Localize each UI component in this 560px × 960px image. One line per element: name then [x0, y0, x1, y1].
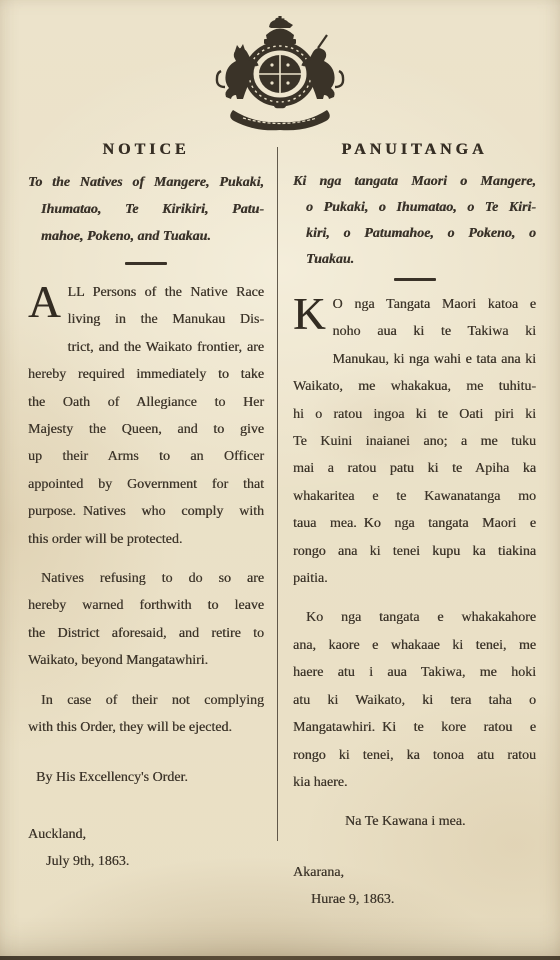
text-line: hereby required immediately to take — [28, 361, 264, 388]
text-line: Natives refusing to do so are — [28, 565, 264, 592]
paragraph-lines: LL Persons of the Native Raceliving in t… — [28, 279, 264, 553]
text-line: Mangatawhiri. Ki te kore ratou e — [293, 714, 536, 741]
text-line: kia haere. — [293, 769, 536, 796]
text-line: hi o ratou ingoa ki te Oati piri ki — [293, 401, 536, 428]
text-line: Ki nga tangata Maori o Mangere, — [293, 169, 536, 195]
text-line: In case of their not complying — [28, 687, 264, 714]
paragraph-english-1: A LL Persons of the Native Raceliving in… — [28, 279, 264, 553]
text-line: LL Persons of the Native Race — [28, 279, 264, 306]
text-line: kiri, o Patumahoe, o Pokeno, o — [293, 221, 536, 247]
drop-cap: K — [293, 294, 326, 347]
text-line: Manukau, ki nga wahi e tata ana ki — [293, 346, 536, 373]
text-line: Waikato, me whakakua, me tuhitu- — [293, 373, 536, 400]
text-line: with this Order, they will be ejected. — [28, 714, 264, 741]
text-line: up their Arms to an Officer — [28, 443, 264, 470]
coat-of-arms-graphic — [195, 12, 365, 134]
text-line: the District aforesaid, and retire to — [28, 620, 264, 647]
english-address: To the Natives of Mangere, Pukaki,Ihumat… — [28, 169, 264, 250]
maori-address: Ki nga tangata Maori o Mangere,o Pukaki,… — [293, 169, 536, 273]
paragraph-maori-2: Ko nga tangata e whakakahoreana, kaore e… — [293, 604, 536, 796]
royal-coat-of-arms — [195, 12, 365, 139]
text-line: Te Kuini inaianei ano; a me tuku — [293, 428, 536, 455]
text-line: To the Natives of Mangere, Pukaki, — [28, 169, 264, 196]
proclamation-page: NOTICE To the Natives of Mangere, Pukaki… — [0, 0, 560, 960]
maori-column: PANUITANGA Ki nga tangata Maori o Manger… — [293, 140, 536, 913]
panuitanga-heading: PANUITANGA — [293, 140, 536, 160]
text-line: purpose. Natives who comply with — [28, 498, 264, 525]
text-line: rongo ki tenei, ka tonoa atu ratou — [293, 742, 536, 769]
paragraph-english-3: In case of their not complyingwith this … — [28, 687, 264, 742]
text-line: appointed by Government for that — [28, 471, 264, 498]
authority-line: Na Te Kawana i mea. — [293, 808, 536, 835]
authority-line: By His Excellency's Order. — [28, 764, 264, 791]
columns: NOTICE To the Natives of Mangere, Pukaki… — [28, 140, 536, 913]
text-line: ana, kaore e whakaae ki tenei, me — [293, 632, 536, 659]
text-line: atu ki Waikato, ki tera taha o — [293, 687, 536, 714]
text-line: o Pukaki, o Ihumatao, o Te Kiri- — [293, 195, 536, 221]
text-line: noho aua ki te Takiwa ki — [293, 318, 536, 345]
date-line: Hurae 9, 1863. — [293, 886, 536, 913]
text-line: paitia. — [293, 565, 536, 592]
notice-heading: NOTICE — [28, 140, 264, 160]
english-column: NOTICE To the Natives of Mangere, Pukaki… — [28, 140, 264, 913]
text-line: Majesty the Queen, and to give — [28, 416, 264, 443]
text-line: rongo ana ki tenei kupu ka tiakina — [293, 538, 536, 565]
text-line: Waikato, beyond Mangatawhiri. — [28, 647, 264, 674]
text-line: Ihumatao, Te Kirikiri, Patu- — [28, 196, 264, 223]
section-rule — [125, 262, 167, 265]
text-line: this order will be protected. — [28, 526, 264, 553]
section-rule — [394, 278, 436, 281]
text-line: hereby warned forthwith to leave — [28, 592, 264, 619]
text-line: mahoe, Pokeno, and Tuakau. — [28, 223, 264, 250]
place-line: Auckland, — [28, 821, 264, 848]
text-line: whakaritea e te Kawanatanga mo — [293, 483, 536, 510]
paragraph-lines: O nga Tangata Maori katoa enoho aua ki t… — [293, 291, 536, 592]
date-line: July 9th, 1863. — [28, 848, 264, 875]
place-line: Akarana, — [293, 859, 536, 886]
text-line: Ko nga tangata e whakakahore — [293, 604, 536, 631]
drop-cap: A — [28, 282, 61, 335]
text-line: trict, and the Waikato frontier, are — [28, 334, 264, 361]
text-line: taua mea. Ko nga tangata Maori e — [293, 510, 536, 537]
text-line: haere atu i aua Takiwa, me hoki — [293, 659, 536, 686]
text-line: Tuakau. — [293, 247, 536, 273]
text-line: O nga Tangata Maori katoa e — [293, 291, 536, 318]
text-line: mai a ratou patu ki te Apiha ka — [293, 455, 536, 482]
text-line: living in the Manukau Dis- — [28, 306, 264, 333]
paragraph-maori-1: K O nga Tangata Maori katoa enoho aua ki… — [293, 291, 536, 592]
paragraph-english-2: Natives refusing to do so arehereby warn… — [28, 565, 264, 675]
text-line: the Oath of Allegiance to Her — [28, 389, 264, 416]
